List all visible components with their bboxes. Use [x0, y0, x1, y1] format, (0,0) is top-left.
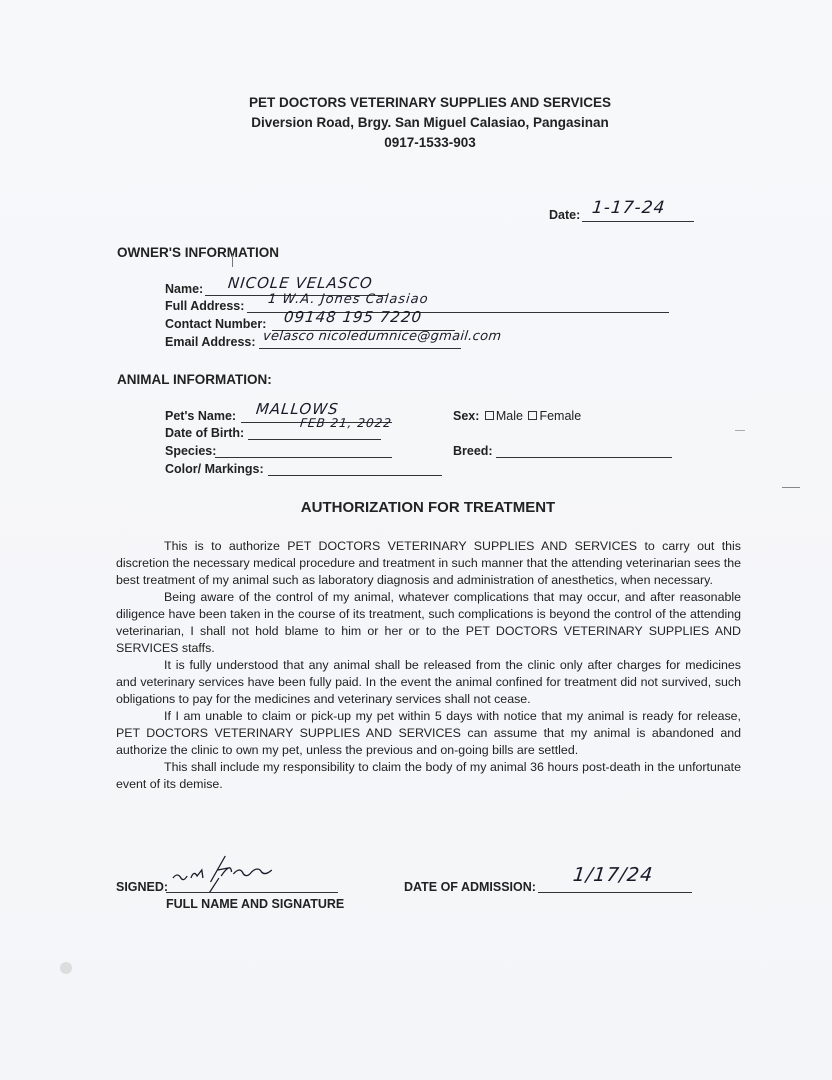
owner-email-label: Email Address:: [165, 335, 256, 349]
owner-address-label: Full Address:: [165, 299, 244, 313]
dob-line: [248, 439, 381, 440]
company-address: Diversion Road, Brgy. San Miguel Calasia…: [0, 115, 832, 130]
dob-value[interactable]: FEB 21, 2022: [299, 416, 392, 430]
sex-male-label: Male: [496, 409, 523, 423]
authorization-paragraph: It is fully understood that any animal s…: [116, 657, 741, 708]
pet-name-label: Pet's Name:: [165, 409, 236, 423]
admission-line: [538, 892, 692, 893]
sex-field: Sex: Male Female: [453, 409, 581, 423]
date-line: [582, 221, 694, 222]
species-line[interactable]: [215, 457, 392, 458]
scanned-form-page: PET DOCTORS VETERINARY SUPPLIES AND SERV…: [0, 0, 832, 1080]
scan-mark: [782, 487, 800, 488]
authorization-paragraph: This is to authorize PET DOCTORS VETERIN…: [116, 538, 741, 589]
owner-name-label: Name:: [165, 282, 203, 296]
authorization-title: AUTHORIZATION FOR TREATMENT: [0, 499, 832, 516]
owner-email-line: [259, 348, 461, 349]
owner-section-title: OWNER'S INFORMATION: [117, 245, 279, 260]
scan-spot: [60, 962, 72, 974]
breed-line[interactable]: [496, 457, 672, 458]
date-label: Date:: [549, 208, 580, 222]
breed-label: Breed:: [453, 444, 493, 458]
color-markings-label: Color/ Markings:: [165, 462, 264, 476]
authorization-paragraph: If I am unable to claim or pick-up my pe…: [116, 708, 741, 759]
color-markings-line[interactable]: [268, 475, 442, 476]
signature-line: [166, 892, 338, 893]
signature-caption: FULL NAME AND SIGNATURE: [166, 897, 344, 911]
admission-value[interactable]: 1/17/24: [572, 864, 655, 886]
authorization-paragraph: Being aware of the control of my animal,…: [116, 589, 741, 657]
company-name: PET DOCTORS VETERINARY SUPPLIES AND SERV…: [0, 95, 832, 110]
sex-label: Sex:: [453, 409, 479, 423]
signature-scribble-icon: [169, 852, 303, 892]
owner-name-value[interactable]: NICOLE VELASCO: [227, 274, 374, 292]
date-value[interactable]: 1-17-24: [591, 198, 666, 218]
scan-mark: [735, 430, 745, 431]
authorization-body: This is to authorize PET DOCTORS VETERIN…: [116, 538, 741, 793]
species-label: Species:: [165, 444, 216, 458]
owner-email-value[interactable]: velasco nicoledumnice@gmail.com: [262, 329, 502, 344]
admission-label: DATE OF ADMISSION:: [404, 880, 536, 894]
signed-label: SIGNED:: [116, 880, 168, 894]
owner-address-value[interactable]: 1 W.A. Jones Calasiao: [267, 292, 429, 307]
sex-male-checkbox[interactable]: [485, 411, 494, 420]
company-phone: 0917-1533-903: [0, 135, 832, 150]
owner-contact-label: Contact Number:: [165, 317, 266, 331]
owner-contact-value[interactable]: 09148 195 7220: [283, 308, 423, 326]
sex-female-label: Female: [539, 409, 581, 423]
animal-section-title: ANIMAL INFORMATION:: [117, 372, 272, 387]
authorization-paragraph: This shall include my responsibility to …: [116, 759, 741, 793]
scan-mark: [232, 255, 233, 267]
dob-label: Date of Birth:: [165, 426, 244, 440]
sex-female-checkbox[interactable]: [528, 411, 537, 420]
